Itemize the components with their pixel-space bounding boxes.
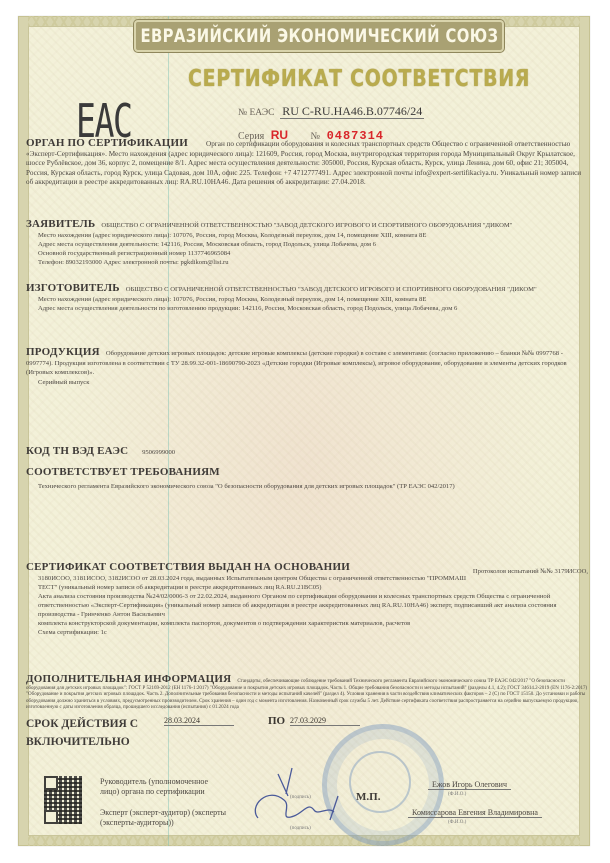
requirements-heading: СООТВЕТСТВУЕТ ТРЕБОВАНИЯМ	[26, 468, 582, 478]
basis-intro: Протоколов испытаний №№ 3179ИСОО,	[473, 567, 588, 576]
union-banner: ЕВРАЗИЙСКИЙ ЭКОНОМИЧЕСКИЙ СОЮЗ	[134, 20, 504, 52]
signature-caption: (подпись)	[290, 795, 311, 800]
applicant-line: Основной государственный регистрационный…	[26, 249, 588, 258]
head-fio-caption: (Ф.И.О.)	[448, 792, 466, 797]
applicant-heading: ЗАЯВИТЕЛЬ	[26, 218, 95, 230]
applicant-line: Место нахождения (адрес юридического лиц…	[26, 231, 588, 240]
manufacturer-line: Место нахождения (адрес юридического лиц…	[26, 295, 588, 304]
expert-signatory-label: Эксперт (эксперт-аудитор) (эксперты (экс…	[100, 808, 235, 828]
requirements-text: Технического регламента Евразийского эко…	[26, 482, 588, 491]
certification-body-section: ОРГАН ПО СЕРТИФИКАЦИИОрган по сертификац…	[26, 139, 588, 188]
basis-heading: СЕРТИФИКАТ СООТВЕТСТВИЯ ВЫДАН НА ОСНОВАН…	[26, 561, 350, 573]
certificate-number-row: № ЕАЭС RU C-RU.HA46.B.07746/24	[238, 104, 424, 119]
product-section: ПРОДУКЦИЯОборудование детских игровых пл…	[26, 348, 588, 387]
basis-section: СЕРТИФИКАТ СООТВЕТСТВИЯ ВЫДАН НА ОСНОВАН…	[26, 563, 588, 637]
validity-heading-line2: ВКЛЮЧИТЕЛЬНО	[26, 733, 138, 751]
product-release: Серийный выпуск	[26, 378, 588, 387]
manufacturer-name: ОБЩЕСТВО С ОГРАНИЧЕННОЙ ОТВЕТСТВЕННОСТЬЮ…	[126, 286, 537, 293]
product-heading: ПРОДУКЦИЯ	[26, 346, 100, 358]
head-signatory-label: Руководитель (уполномоченное лицо) орган…	[100, 777, 225, 797]
basis-line: Акта анализа состояния производства №24/…	[26, 592, 588, 619]
qr-code[interactable]	[44, 776, 82, 824]
applicant-section: ЗАЯВИТЕЛЬОБЩЕСТВО С ОГРАНИЧЕННОЙ ОТВЕТСТ…	[26, 220, 588, 267]
tn-ved-heading: КОД ТН ВЭД ЕАЭС	[26, 445, 128, 457]
validity-heading-line1: СРОК ДЕЙСТВИЯ С	[26, 715, 138, 733]
valid-to-label: ПО	[268, 715, 285, 727]
valid-to-date: 27.03.2029	[290, 716, 360, 726]
applicant-line: Адрес места осуществления деятельности: …	[26, 240, 588, 249]
additional-info-heading: ДОПОЛНИТЕЛЬНАЯ ИНФОРМАЦИЯ	[26, 673, 231, 685]
basis-line: комплекта конструкторской документации, …	[26, 619, 588, 628]
manufacturer-section: ИЗГОТОВИТЕЛЬОБЩЕСТВО С ОГРАНИЧЕННОЙ ОТВЕ…	[26, 284, 588, 313]
expert-fio-caption: (Ф.И.О.)	[448, 820, 466, 825]
number-label: № ЕАЭС	[238, 108, 274, 118]
manufacturer-heading: ИЗГОТОВИТЕЛЬ	[26, 282, 120, 294]
product-text: Оборудование детских игровых площадок: д…	[26, 350, 567, 376]
additional-info-section: ДОПОЛНИТЕЛЬНАЯ ИНФОРМАЦИЯСтандарты, обес…	[26, 676, 588, 712]
tn-ved-section: КОД ТН ВЭД ЕАЭС 9506999000	[26, 447, 588, 458]
basis-line: Схема сертификации: 1с	[26, 628, 588, 637]
validity-heading: СРОК ДЕЙСТВИЯ С ВКЛЮЧИТЕЛЬНО	[26, 715, 138, 751]
requirements-section: СООТВЕТСТВУЕТ ТРЕБОВАНИЯМ Технического р…	[26, 468, 588, 491]
head-signatory-name: Ежов Игорь Олегович	[428, 780, 511, 790]
certificate-number: RU C-RU.HA46.B.07746/24	[280, 104, 424, 119]
expert-signatory-name: Комиссарова Евгения Владимировна	[408, 808, 542, 818]
certification-body-heading: ОРГАН ПО СЕРТИФИКАЦИИ	[26, 137, 188, 149]
union-title: ЕВРАЗИЙСКИЙ ЭКОНОМИЧЕСКИЙ СОЮЗ	[140, 25, 498, 47]
basis-line: 3180ИСОО, 3181ИСОО, 3182ИСОО от 28.03.20…	[26, 574, 588, 592]
applicant-name: ОБЩЕСТВО С ОГРАНИЧЕННОЙ ОТВЕТСТВЕННОСТЬЮ…	[101, 222, 512, 229]
border-pattern-bottom	[28, 836, 580, 846]
signature-caption: (подпись)	[290, 826, 311, 831]
valid-from-date: 28.03.2024	[164, 716, 234, 726]
stamp-place-label: М.П.	[356, 791, 380, 803]
applicant-line: Телефон: 89032193000 Адрес электронной п…	[26, 258, 588, 267]
tn-ved-code: 9506999000	[142, 449, 175, 456]
certificate-title: СЕРТИФИКАТ СООТВЕТСТВИЯ	[188, 66, 530, 92]
manufacturer-line: Адрес места осуществления деятельности п…	[26, 304, 588, 313]
